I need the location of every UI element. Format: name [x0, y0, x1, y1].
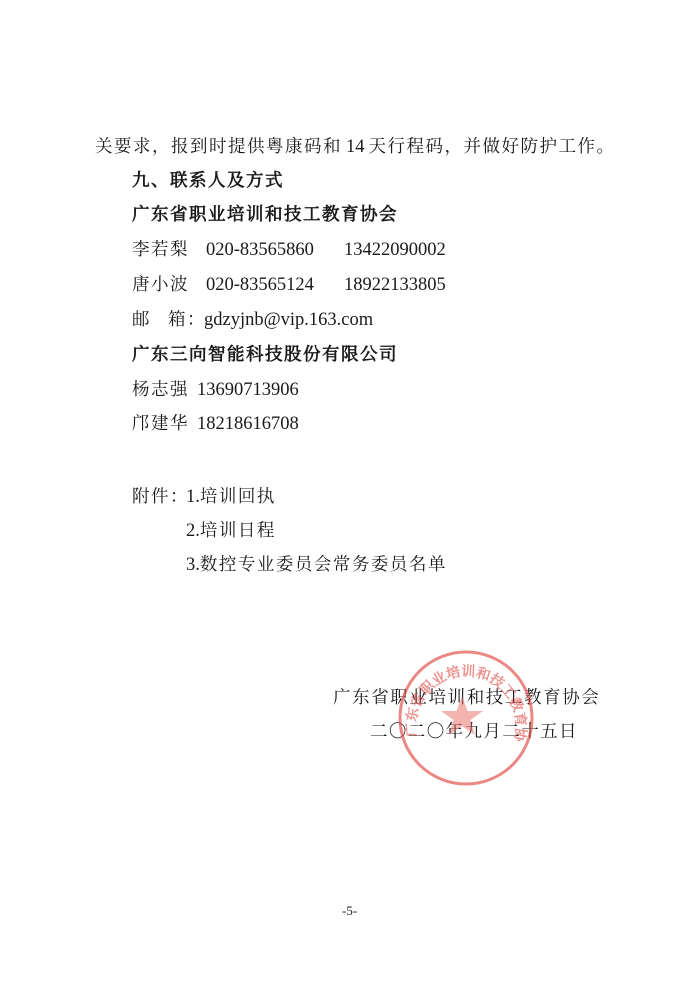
attachment-number: 2. — [186, 521, 200, 541]
contact-mobile: 13422090002 — [344, 239, 446, 261]
paragraph-text-a: 关要求，报到时提供粤康码和 — [95, 137, 342, 157]
attachment-text: 培训日程 — [200, 521, 276, 541]
contact-tel: 020-83565860 — [206, 239, 314, 261]
contact-name: 李若梨 — [132, 239, 189, 261]
contact-mobile: 18218616708 — [197, 413, 299, 435]
contact-mobile: 13690713906 — [197, 379, 299, 401]
section-heading: 九、联系人及方式 — [132, 170, 284, 192]
contact-name: 杨志强 — [132, 379, 189, 401]
attachment-item: 2.培训日程 — [186, 520, 276, 542]
attachment-text: 数控专业委员会常务委员名单 — [200, 555, 447, 575]
attachment-number: 1. — [186, 487, 200, 507]
page-number: -5- — [342, 903, 357, 919]
email-label-1: 邮 — [132, 309, 151, 331]
contact-name: 唐小波 — [132, 274, 189, 296]
email-label-2: 箱： — [168, 309, 206, 331]
attachment-number: 3. — [186, 555, 200, 575]
attachment-item: 3.数控专业委员会常务委员名单 — [186, 554, 447, 576]
contact-mobile: 18922133805 — [344, 274, 446, 296]
paragraph-text-b: 天行程码，并做好防护工作。 — [369, 137, 616, 157]
email-address: gdzyjnb@vip.163.com — [204, 309, 373, 331]
paragraph-tail: 关要求，报到时提供粤康码和14天行程码，并做好防护工作。 — [95, 136, 616, 158]
org1-name: 广东省职业培训和技工教育协会 — [132, 204, 398, 226]
signature-org: 广东省职业培训和技工教育协会 — [333, 687, 600, 709]
attachment-item: 1.培训回执 — [186, 486, 276, 508]
official-seal-stamp: 广东省职业培训和技工教育协会 — [396, 648, 536, 788]
contact-tel: 020-83565124 — [206, 274, 314, 296]
attachments-label: 附件： — [132, 486, 189, 508]
paragraph-number: 14 — [346, 137, 365, 157]
signature-date: 二〇二〇年九月二十五日 — [370, 721, 578, 743]
org2-name: 广东三向智能科技股份有限公司 — [132, 344, 398, 366]
contact-name: 邝建华 — [132, 413, 189, 435]
attachment-text: 培训回执 — [200, 487, 276, 507]
